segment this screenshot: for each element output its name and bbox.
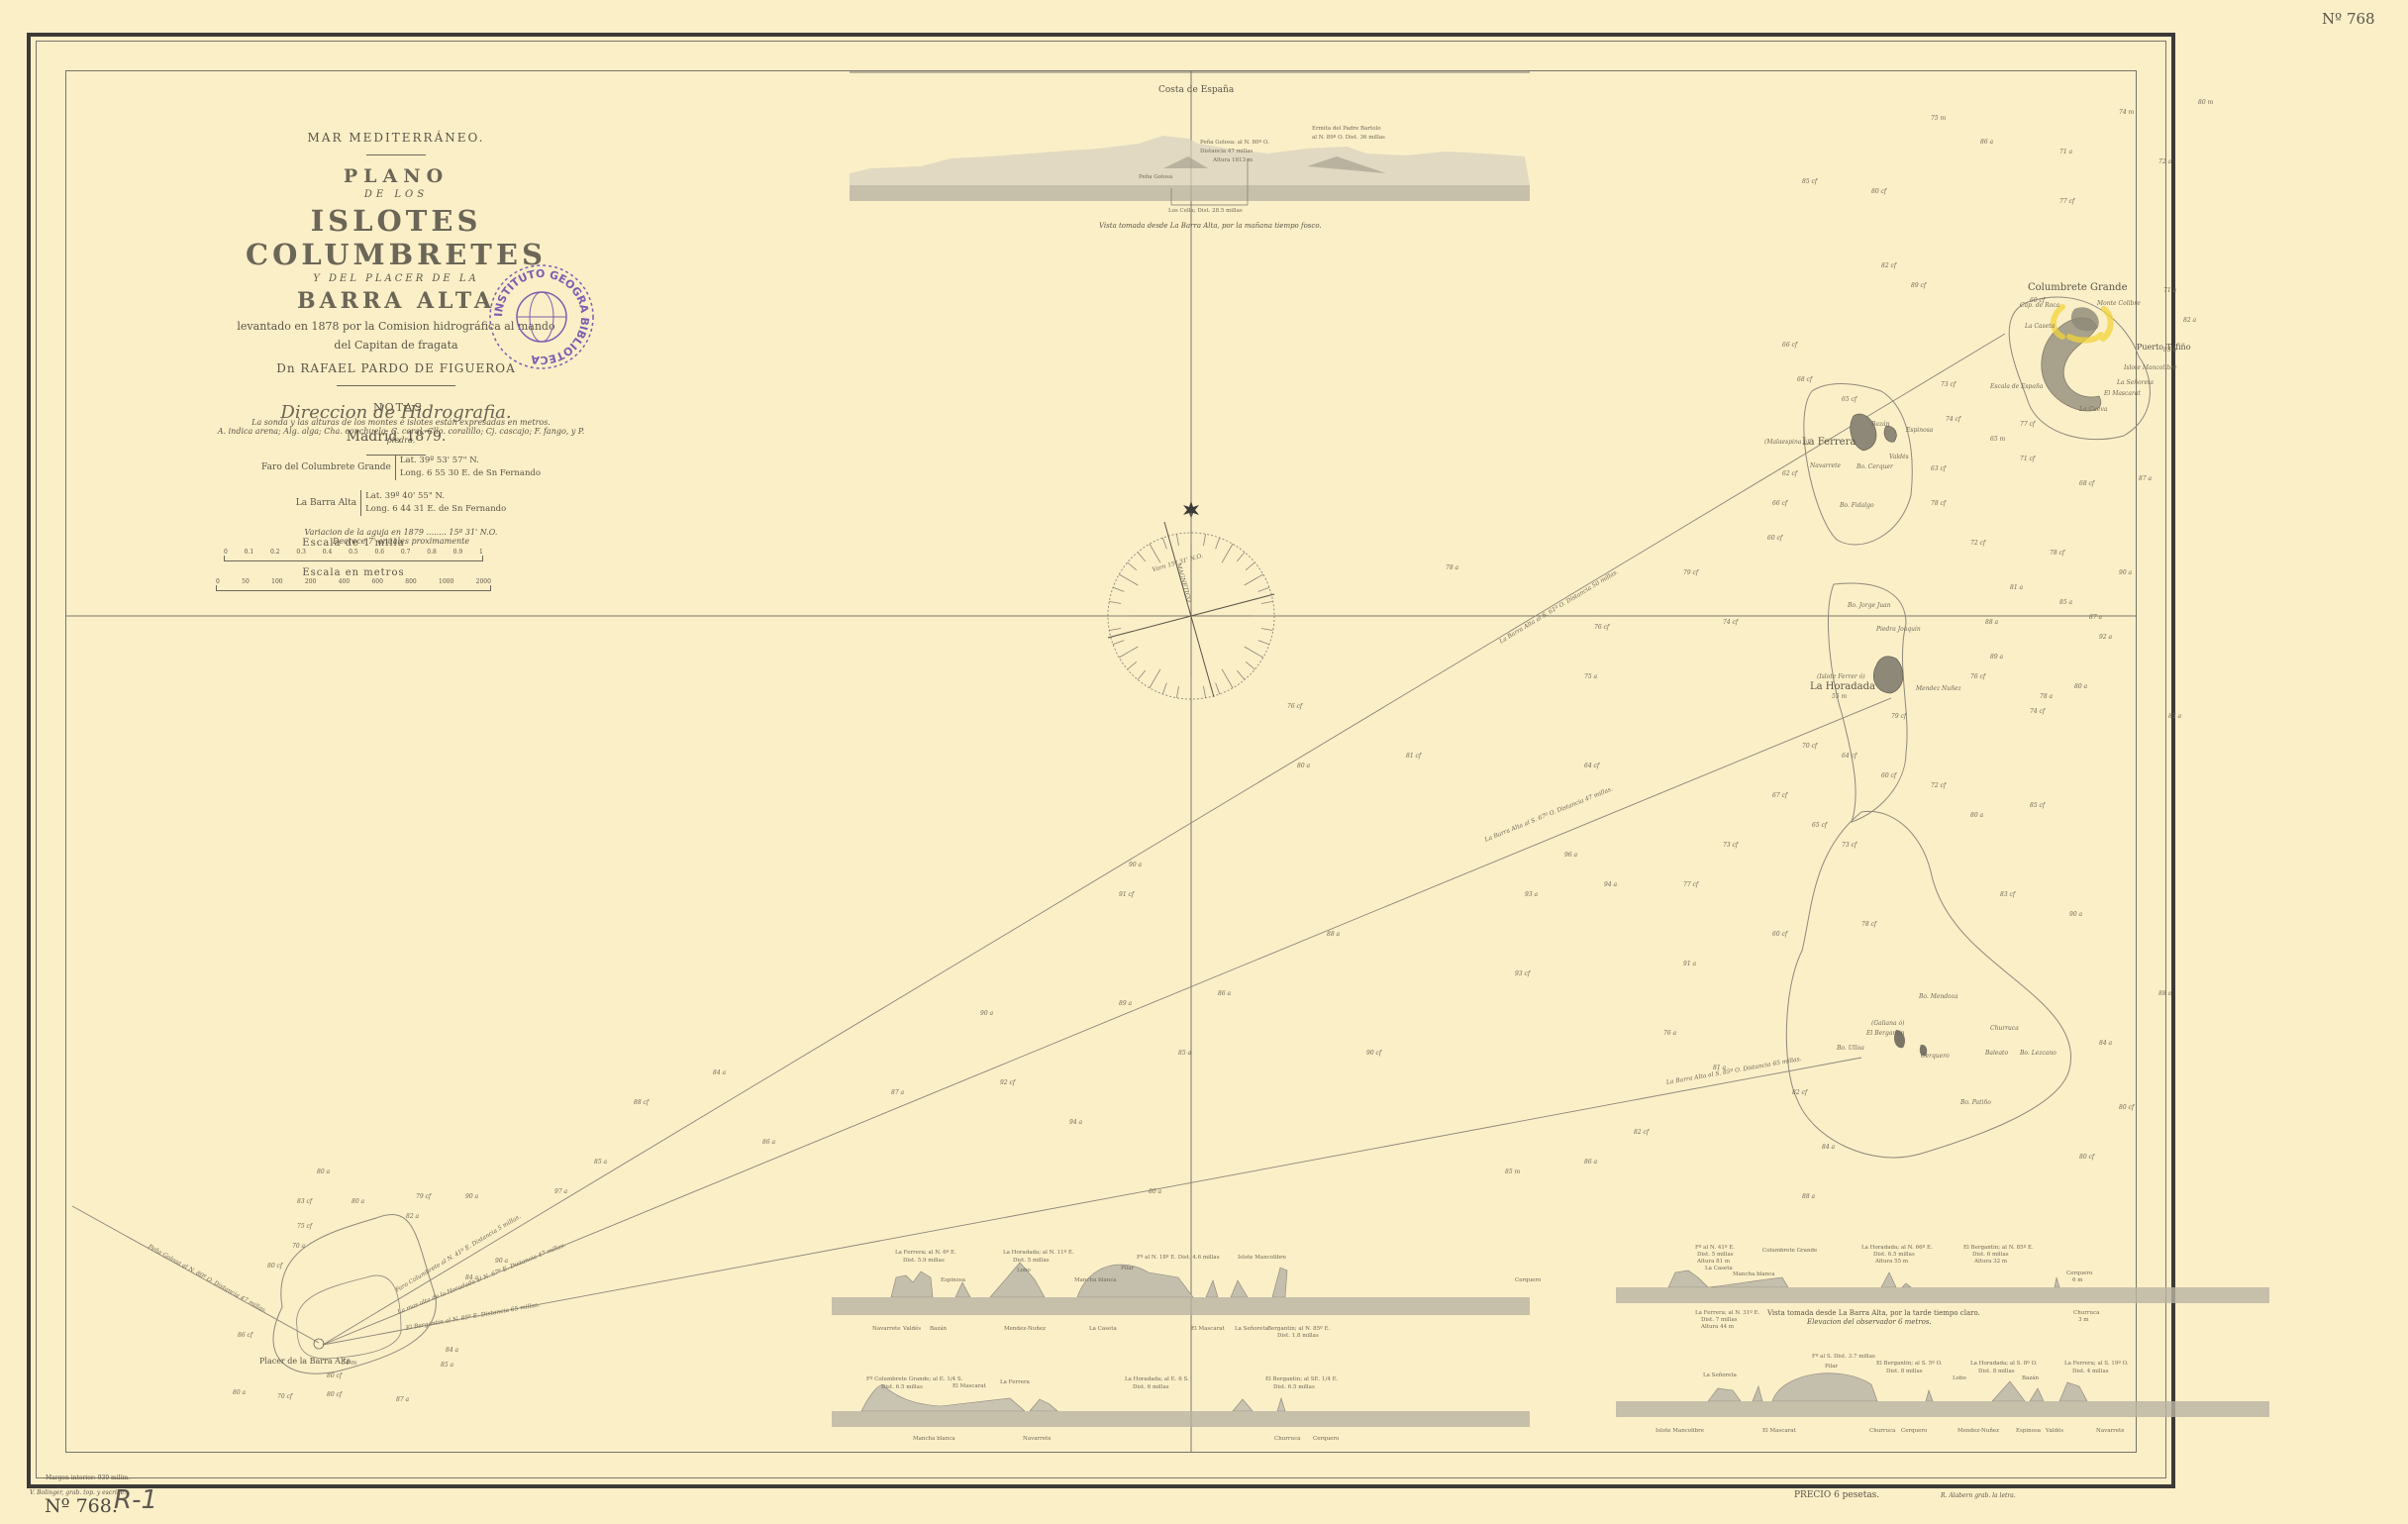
sounding: 78 cf (1861, 921, 1876, 928)
profile-label: Navarrete (2096, 1428, 2124, 1434)
profile-label: Altura 55 m (1875, 1259, 1908, 1265)
sounding: 80 a (1970, 812, 1983, 819)
label-bajo-fidalgo: Bo. Fidalgo (1840, 502, 1874, 509)
sounding: 74 cf (1723, 619, 1738, 626)
title-plano: PLANO (198, 165, 594, 187)
coast-label: Ermita del Padre Bartolo (1312, 126, 1381, 132)
profile-label: El Bergantin; al S. 5º O. (1876, 1361, 1943, 1367)
label-churruca: Churruca (1990, 1025, 2019, 1032)
coast-bottom-label: Los Cella; Dist. 28.5 millas (1168, 208, 1243, 214)
sounding: 86 a (1218, 990, 1231, 997)
sounding: 77 cf (1683, 881, 1698, 888)
sounding: 79 cf (1891, 713, 1906, 720)
profile-label: Cerquero (2066, 1270, 2092, 1276)
view-c-caption: Vista tomada desde La Barra Alta, por la… (1767, 1309, 1980, 1317)
sounding: 81 cf (1406, 753, 1421, 760)
profile-label: Altura 44 m (1701, 1324, 1734, 1330)
sounding: 96 a (1564, 852, 1577, 859)
sounding: 66 cf (1772, 500, 1787, 507)
profile-label: Churruca (1869, 1428, 1895, 1434)
sounding: 71 a (2059, 149, 2072, 155)
label-horadada-height: 55 m (1832, 693, 1847, 700)
label-islote-mancolibre: Islote Mancolibre (2124, 364, 2177, 371)
sounding: 80 a (1297, 762, 1310, 769)
profile-label: Navarrete (872, 1326, 900, 1332)
sounding: 70 cf (277, 1393, 292, 1400)
sounding: 76 a (1663, 1030, 1676, 1037)
sounding: 90 cf (1366, 1050, 1381, 1057)
sounding: 88 cf (634, 1099, 649, 1106)
sounding: 83 a (2163, 347, 2176, 354)
sounding: 76 cf (1287, 703, 1302, 710)
profile-label: Espinosa (941, 1277, 965, 1283)
sounding: 82 cf (1792, 1089, 1807, 1096)
sounding: 75 cf (297, 1223, 312, 1230)
profile-label: Valdés (2046, 1428, 2063, 1434)
profile-label: Dist. 6.5 millas (1873, 1252, 1915, 1258)
divider (337, 385, 455, 386)
profile-label: Bazán (930, 1326, 947, 1332)
notes-line-2: A. indica arena; Alg. alga; Cha. conchue… (208, 427, 594, 445)
profile-label: La Ferrera; al N. 31º E. (1695, 1310, 1759, 1316)
view-c-caption-sub: Elevacion del observador 6 metros. (1807, 1318, 1932, 1326)
sounding: 90 a (2119, 569, 2132, 576)
sounding: 64 cf (1584, 762, 1599, 769)
profile-label: Islote Mancolibre (1655, 1428, 1704, 1434)
sounding: 75 m (1931, 115, 1946, 122)
label-placer-barra-alta: Placer de la Barra Alta (259, 1357, 351, 1366)
profile-label: El Bergantin; al SE. 1/4 E. (1265, 1376, 1338, 1382)
label-columbrete-grande: Columbrete Grande (2028, 282, 2128, 293)
label-la-senoreta: La Señoreta (2117, 379, 2154, 386)
sounding: 84 a (1822, 1144, 1835, 1151)
sounding: 91 a (1683, 961, 1696, 967)
profile-label: Dist. 4 millas (2072, 1369, 2109, 1374)
sounding: 87 a (396, 1396, 409, 1403)
sounding: 82 a (2183, 317, 2196, 324)
variation-note: Variacion de la aguja en 1879 ........ 1… (208, 528, 594, 537)
mile-scale-ticks: 00.10.20.30.40.50.60.70.80.91 (224, 549, 483, 556)
sounding: 87 a (2089, 614, 2102, 621)
sounding: 74 cf (2030, 708, 2045, 715)
label-bajo-mendoza: Bo. Mendoza (1919, 993, 1957, 1000)
sounding: 74 cf (1946, 416, 1960, 423)
profile-label: Dist. 1.8 millas (1277, 1333, 1319, 1339)
profile-label: Mancha blanca (1733, 1271, 1775, 1277)
sounding: 90 a (465, 1193, 478, 1200)
profile-label: Altura 81 m (1697, 1259, 1730, 1265)
sounding: 90 a (495, 1258, 508, 1265)
sounding: 92 a (2099, 634, 2112, 641)
profile-label: Pilar (1121, 1266, 1134, 1271)
sounding: 83 cf (297, 1198, 312, 1205)
label-islote-ferrer: (Islote Ferrer ó) (1817, 673, 1865, 680)
sounding: 65 cf (1842, 396, 1856, 403)
profile-label: Cerquero (1901, 1428, 1927, 1434)
profile-label: Dist. 5 millas (1697, 1252, 1734, 1258)
sounding: 80 cf (267, 1263, 282, 1270)
mile-scale: Escala de 1 milla 00.10.20.30.40.50.60.7… (224, 538, 483, 561)
profile-label: La Horadada; al N. 66º E. (1861, 1245, 1933, 1251)
view-a-right-label: Cerquero (1515, 1277, 1541, 1283)
sounding: 80 cf (327, 1372, 342, 1379)
sounding: 71 a (2163, 287, 2176, 294)
profile-label: Dist. 6 millas (1133, 1384, 1169, 1390)
profile-label: Churruca (2073, 1310, 2099, 1316)
notes-heading: NOTAS. (208, 401, 594, 414)
sounding: 83 cf (2000, 891, 2015, 898)
label-bajo-ulloa: Bo. Ulloa (1837, 1045, 1864, 1052)
sounding: 80 cf (2119, 1104, 2134, 1111)
label-cerquero: Cerquero (1921, 1053, 1950, 1060)
sounding: 54 m (342, 1360, 356, 1367)
label-bajo-jorge-juan: Bo. Jorge Juan (1848, 602, 1891, 609)
sounding: 80 cf (1871, 188, 1886, 195)
sounding: 65 cf (1812, 822, 1827, 829)
sounding: 90 a (1129, 862, 1142, 868)
profile-label: La Ferrera; al N. 6º E. (895, 1250, 956, 1256)
profile-label: La Señoreta (1703, 1372, 1737, 1378)
sounding: 81 a (1713, 1065, 1726, 1071)
sounding: 93 a (1525, 891, 1538, 898)
profile-label: Dist. 6.5 millas (1273, 1384, 1315, 1390)
sounding: 80 a (233, 1389, 246, 1396)
profile-label: Fº al N. 18º E. Dist. 4.6 millas (1137, 1255, 1220, 1261)
sounding: 84 a (713, 1069, 726, 1076)
profile-label: Fº Columbrete Grande; al E. 1/4 S. (866, 1376, 962, 1382)
profile-label: Navarrete (1023, 1436, 1051, 1442)
profile-label: La Horadada; al E. 6 S. (1125, 1376, 1189, 1382)
profile-label: Bergantin; al N. 85º E. (1267, 1326, 1330, 1332)
profile-label: Bazán (2022, 1375, 2039, 1381)
coast-view-caption: Vista tomada desde La Barra Alta, por la… (1099, 222, 1322, 230)
profile-label: Dist. 8 millas (1978, 1369, 2015, 1374)
profile-view-b (832, 1385, 1530, 1427)
label-bajo-lezcano: Bo. Lezcano (2020, 1050, 2057, 1057)
profile-label: Dist. 8 millas (1886, 1369, 1923, 1374)
sounding: 86 cf (238, 1332, 252, 1339)
sounding: 85 a (1178, 1050, 1191, 1057)
label-monte-colibre: Monte Colibre (2097, 300, 2141, 307)
title-de-los: DE LOS (198, 189, 594, 200)
profile-label: La Señoreta (1235, 1326, 1268, 1332)
position-faro: Faro del Columbrete Grande Lat. 39º 53' … (208, 455, 594, 480)
meters-scale-ticks: 05010020040060080010002000 (216, 578, 491, 585)
label-la-ferrera: La Ferrera (1802, 437, 1856, 448)
label-la-caseta: La Caseta (2025, 323, 2055, 330)
sounding: 84 a (465, 1274, 478, 1281)
sounding: 60 cf (2030, 297, 2045, 304)
profile-label: Fº al S. Dist. 3.7 millas (1812, 1354, 1875, 1360)
bergantin-shoal-outline (1786, 811, 2070, 1158)
label-bajo-cerquer: Bo. Cerquer (1856, 463, 1893, 470)
sounding: 79 cf (416, 1193, 431, 1200)
sounding: 64 cf (1842, 753, 1856, 760)
profile-label: Espinosa (2016, 1428, 2041, 1434)
sounding: 86 a (762, 1139, 775, 1146)
profile-label: Churruca (1274, 1436, 1300, 1442)
coast-view-title: Costa de España (1158, 85, 1234, 95)
profile-label: El Bergantin; al N. 85º E. (1963, 1245, 2034, 1251)
sounding: 88 a (1985, 619, 1998, 626)
position-barra-alta: La Barra Alta Lat. 39º 40' 55" N.Long. 6… (208, 490, 594, 516)
svg-text:INSTITUTO GEOGRAFICO: INSTITUTO GEOGRAFICO (482, 257, 591, 317)
columbrete-grande-island (2042, 318, 2101, 411)
profile-label: Mancha blanca (913, 1436, 955, 1442)
profile-label: La Caseta (1705, 1266, 1733, 1271)
sounding: 92 cf (1000, 1079, 1015, 1086)
coast-label: Peña Golosa (1139, 174, 1172, 180)
sounding: 62 cf (1782, 470, 1797, 477)
sounding: 72 cf (1931, 782, 1946, 789)
sounding: 82 cf (1634, 1129, 1649, 1136)
sounding: 68 cf (2079, 480, 2094, 487)
sounding: 60 cf (1881, 772, 1896, 779)
placer-inner-outline (297, 1275, 401, 1359)
label-bazan: Bazán (1871, 421, 1890, 428)
label-bajo-patino: Bo. Patiño (1960, 1099, 1991, 1106)
profile-label: Mendez-Nuñez (1957, 1428, 1999, 1434)
sounding: 78 cf (1931, 500, 1946, 507)
sounding: 88 a (1802, 1193, 1815, 1200)
profile-label: Mendez-Nuñez (1004, 1326, 1046, 1332)
sounding: 89 a (1990, 654, 2003, 660)
sounding: 81 a (2010, 584, 2023, 591)
profile-label: La Ferrera (1000, 1379, 1030, 1385)
placer-outer-outline (273, 1215, 436, 1374)
profile-label: Dist. 6.5 millas (881, 1384, 923, 1390)
sounding: 88 a (2158, 990, 2171, 997)
sounding: 85 a (594, 1159, 607, 1166)
profile-label: Altura 32 m (1974, 1259, 2007, 1265)
sounding: 68 cf (1797, 376, 1812, 383)
sounding: 97 a (554, 1188, 567, 1195)
sounding: 83 a (2168, 713, 2181, 720)
label-escala-espana: Escala de España (1990, 383, 2043, 390)
sounding: 70 a (292, 1243, 305, 1250)
profile-label: Lobo (1017, 1268, 1031, 1273)
sounding: 87 a (891, 1089, 904, 1096)
label-piedra-joaquin: Piedra Joaquin (1876, 626, 1921, 633)
sounding: 93 cf (1515, 970, 1530, 977)
sounding: 78 a (2040, 693, 2053, 700)
sounding: 82 cf (1881, 262, 1896, 269)
profile-view-a (832, 1263, 1530, 1315)
label-navarrete: Navarrete (1810, 462, 1841, 469)
profile-label: El Mascarat (953, 1383, 986, 1389)
profile-label: Columbrete Grande (1762, 1248, 1817, 1254)
profile-view-c (1616, 1270, 2269, 1303)
label-mendez-nunez: Mendez Nuñez (1916, 685, 1961, 692)
meters-scale: Escala en metros 05010020040060080010002… (216, 567, 491, 591)
sounding: 90 a (2069, 911, 2082, 918)
profile-label: Fº al N. 41º E. (1695, 1245, 1735, 1251)
profile-label: Cerquero (1313, 1436, 1339, 1442)
label-espinosa: Espinosa (1906, 427, 1933, 434)
notes-block: NOTAS. La sonda y las alturas de los mon… (208, 401, 594, 546)
sounding: 89 cf (1911, 282, 1926, 289)
label-baleato: Baleato (1985, 1050, 2008, 1057)
profile-label: Lobo (1953, 1375, 1966, 1381)
sounding: 80 cf (2079, 1154, 2094, 1161)
profile-label: Islote Mancolibre (1238, 1255, 1286, 1261)
sounding: 91 cf (1119, 891, 1134, 898)
la-horadada-island (1873, 657, 1903, 693)
label-valdes: Valdés (1889, 454, 1909, 460)
sounding: 65 m (1990, 436, 2005, 443)
profile-label: Pilar (1825, 1364, 1838, 1370)
sounding: 67 cf (1772, 792, 1787, 799)
profile-label: Valdés (903, 1326, 921, 1332)
label-el-mascarat: El Mascarat (2104, 390, 2141, 397)
profile-label: Dist. 7 millas (1701, 1317, 1738, 1323)
label-la-cueva: La Cueva (2079, 406, 2107, 413)
divider (366, 154, 426, 155)
profile-label: 3 m (2078, 1317, 2088, 1323)
sounding: 88 a (1327, 931, 1340, 938)
coast-label: Peña Golosa: al N. 80º O. (1200, 140, 1269, 146)
profile-label: La Caseta (1089, 1326, 1117, 1332)
profile-label: Dist. 5.9 millas (903, 1258, 945, 1264)
sounding: 82 a (406, 1213, 419, 1220)
sounding: 79 cf (1683, 569, 1698, 576)
coast-label: Altura 1813 m (1213, 157, 1253, 163)
sounding: 84 a (2099, 1040, 2112, 1047)
sounding: 87 a (2139, 475, 2152, 482)
sounding: 73 cf (1842, 842, 1856, 849)
label-el-bergantin: El Bergantin (1866, 1030, 1905, 1037)
sounding: 86 a (1980, 139, 1993, 146)
sounding: 73 cf (1941, 381, 1956, 388)
sounding: 80 a (317, 1168, 330, 1175)
sounding: 76 cf (1594, 624, 1609, 631)
sounding: 78 cf (2050, 550, 2064, 557)
sounding: 89 a (1119, 1000, 1132, 1007)
sounding: 60 cf (1767, 535, 1782, 542)
coast-label: Distancia 47 millas (1200, 149, 1253, 154)
profile-label: La Horadada; al N. 11º E. (1003, 1250, 1074, 1256)
sounding: 80 a (1149, 1188, 1161, 1195)
sounding: 66 cf (1782, 342, 1797, 349)
sounding: 74 m (2119, 109, 2134, 116)
sounding: 75 a (1584, 673, 1597, 680)
sounding: 80 a (2074, 683, 2087, 690)
sounding: 70 cf (1802, 743, 1817, 750)
profile-view-d (1616, 1373, 2269, 1417)
label-galiana: (Galiana ó) (1871, 1020, 1904, 1027)
sea-name: MAR MEDITERRÁNEO. (198, 131, 594, 145)
profile-label: El Mascarat (1762, 1428, 1796, 1434)
sounding: 85 a (441, 1362, 453, 1369)
profile-label: Dist. 6 millas (1972, 1252, 2009, 1258)
sounding: 84 a (446, 1347, 458, 1354)
sounding: 72 a (2158, 158, 2171, 165)
sounding: 86 a (1584, 1159, 1597, 1166)
sounding: 85 m (1505, 1168, 1520, 1175)
profile-label: El Mascarat (1191, 1326, 1225, 1332)
profile-label: Mancha blanca (1074, 1277, 1117, 1283)
sounding: 73 cf (1723, 842, 1738, 849)
sounding: 71 cf (2020, 456, 2035, 462)
sounding: 72 cf (1970, 540, 1985, 547)
sounding: 78 a (1446, 564, 1458, 571)
sounding: 80 a (351, 1198, 364, 1205)
sounding: 77 cf (2020, 421, 2035, 428)
sounding: 80 m (2198, 99, 2213, 106)
label-la-horadada: La Horadada (1810, 681, 1875, 692)
profile-label: La Horadada; al S. 8º O. (1970, 1361, 2038, 1367)
coast-label: al N. 89º O. Dist. 36 millas (1312, 135, 1385, 141)
horadada-shoal-outline (1829, 583, 1908, 822)
sounding: 94 a (1069, 1119, 1082, 1126)
profile-label: 6 m (2072, 1277, 2082, 1283)
profile-label: La Ferrera; al S. 19º O. (2064, 1361, 2129, 1367)
sounding: 80 cf (327, 1391, 342, 1398)
sounding: 85 cf (1802, 178, 1817, 185)
library-stamp: INSTITUTO GEOGRAFICO BIBLIOTECA (482, 257, 601, 376)
sounding: 77 cf (2059, 198, 2074, 205)
sounding: 60 cf (1772, 931, 1787, 938)
sounding: 85 a (2059, 599, 2072, 606)
sounding: 90 a (980, 1010, 993, 1017)
profile-label: Dist. 5 millas (1013, 1258, 1050, 1264)
sounding: 76 cf (1970, 673, 1985, 680)
notes-line-1: La sonda y las alturas de los montes é i… (208, 418, 594, 427)
magnetic-needle (1164, 522, 1214, 697)
sounding: 85 cf (2030, 802, 2045, 809)
sounding: 63 cf (1931, 465, 1946, 472)
sounding: 94 a (1604, 881, 1617, 888)
